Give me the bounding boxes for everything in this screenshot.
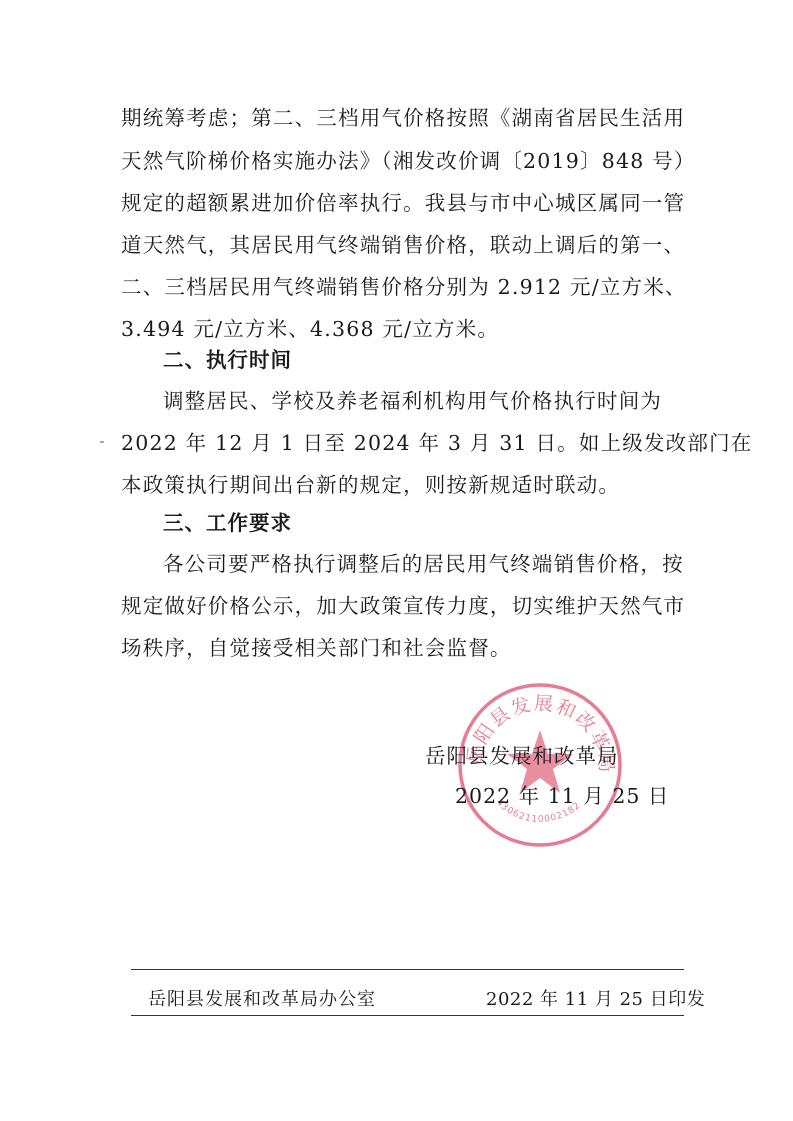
scan-artifact [100, 441, 104, 443]
body-line: 调整居民、学校及养老福利机构用气价格执行时间为 [163, 387, 723, 415]
signature-organization: 岳阳县发展和改革局 [425, 742, 619, 770]
body-line: 2022 年 12 月 1 日至 2024 年 3 月 31 日。如上级发改部门… [121, 429, 681, 457]
body-line: 场秩序，自觉接受相关部门和社会监督。 [121, 634, 681, 662]
footer-issue-date: 2022 年 11 月 25 日印发 [486, 985, 705, 1011]
signature-date: 2022 年 11 月 25 日 [455, 782, 669, 810]
body-line: 各公司要严格执行调整后的居民用气终端销售价格，按 [163, 550, 723, 578]
body-line: 二、三档居民用气终端销售价格分别为 2.912 元/立方米、 [121, 273, 681, 301]
body-line: 期统筹考虑；第二、三档用气价格按照《湖南省居民生活用 [121, 104, 681, 132]
body-line: 规定做好价格公示，加大政策宣传力度，切实维护天然气市 [121, 592, 681, 620]
body-line: 3.494 元/立方米、4.368 元/立方米。 [121, 315, 681, 343]
body-line: 天然气阶梯价格实施办法》（湘发改价调〔2019〕848 号） [121, 147, 681, 175]
footer-top-rule [131, 969, 684, 970]
body-line: 本政策执行期间出台新的规定，则按新规适时联动。 [121, 471, 681, 499]
footer-bottom-rule [131, 1015, 684, 1016]
body-line: 规定的超额累进加价倍率执行。我县与市中心城区属同一管 [121, 189, 681, 217]
section-heading-work-requirements: 三、工作要求 [163, 509, 292, 537]
section-heading-execution-time: 二、执行时间 [163, 346, 292, 374]
document-page: 期统筹考虑；第二、三档用气价格按照《湖南省居民生活用 天然气阶梯价格实施办法》（… [0, 0, 793, 1121]
footer-issuer: 岳阳县发展和改革局办公室 [148, 985, 376, 1011]
body-line: 道天然气，其居民用气终端销售价格，联动上调后的第一、 [121, 231, 681, 259]
